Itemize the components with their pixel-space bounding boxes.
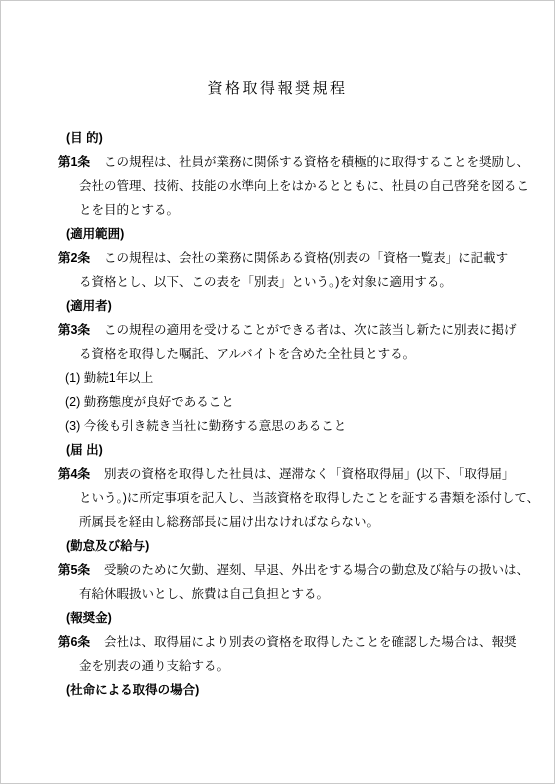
article-continuation-line: とを目的とする。	[79, 198, 526, 222]
section-heading: (勤怠及び給与)	[66, 534, 526, 558]
numbered-list-item: (3) 今後も引き続き当社に勤務する意思のあること	[65, 414, 526, 438]
document-page: 資格取得報奨規程 (目 的)第1条この規程は、社員が業務に関係する資格を積極的に…	[0, 0, 555, 784]
article-paragraph: 第1条この規程は、社員が業務に関係する資格を積極的に取得することを奨励し、会社の…	[58, 150, 526, 222]
article-continuation-line: 会社の管理、技術、技能の水準向上をはかるとともに、社員の自己啓発を図るこ	[79, 174, 526, 198]
article-first-line: 第6条会社は、取得届により別表の資格を取得したことを確認した場合は、報奨	[58, 630, 526, 654]
article-number: 第6条	[58, 635, 90, 649]
article-continuation-line: 有給休暇扱いとし、旅費は自己負担とする。	[79, 582, 526, 606]
article-continuation-line: る資格を取得した嘱託、アルバイトを含めた全社員とする。	[79, 342, 526, 366]
article-number: 第3条	[58, 323, 90, 337]
article-continuation-line: という。)に所定事項を記入し、当該資格を取得したことを証する書類を添付して、	[79, 486, 526, 510]
section-heading: (目 的)	[66, 126, 526, 150]
numbered-list-item: (2) 勤務態度が良好であること	[65, 390, 526, 414]
article-paragraph: 第4条別表の資格を取得した社員は、遅滞なく「資格取得届」(以下、「取得届」という…	[58, 462, 526, 534]
section-heading: (適用者)	[66, 294, 526, 318]
article-continuation-line: 所属長を経由し総務部長に届け出なければならない。	[79, 510, 526, 534]
article-first-line: 第4条別表の資格を取得した社員は、遅滞なく「資格取得届」(以下、「取得届」	[58, 462, 526, 486]
article-number: 第1条	[58, 155, 90, 169]
article-first-line: 第5条受験のために欠勤、遅刻、早退、外出をする場合の勤怠及び給与の扱いは、	[58, 558, 526, 582]
article-first-line: 第3条この規程の適用を受けることができる者は、次に該当し新たに別表に掲げ	[58, 318, 526, 342]
section-heading: (社命による取得の場合)	[66, 678, 526, 702]
numbered-list-item: (1) 勤続1年以上	[65, 366, 526, 390]
document-title: 資格取得報奨規程	[1, 79, 554, 99]
article-first-line: 第2条この規程は、会社の業務に関係ある資格(別表の「資格一覧表」に記載す	[58, 246, 526, 270]
section-heading: (届 出)	[66, 438, 526, 462]
section-heading: (報奨金)	[66, 606, 526, 630]
document-body: (目 的)第1条この規程は、社員が業務に関係する資格を積極的に取得することを奨励…	[1, 126, 554, 702]
article-continuation-line: る資格とし、以下、この表を「別表」という。)を対象に適用する。	[79, 270, 526, 294]
article-first-line: 第1条この規程は、社員が業務に関係する資格を積極的に取得することを奨励し、	[58, 150, 526, 174]
article-paragraph: 第5条受験のために欠勤、遅刻、早退、外出をする場合の勤怠及び給与の扱いは、有給休…	[58, 558, 526, 606]
article-paragraph: 第3条この規程の適用を受けることができる者は、次に該当し新たに別表に掲げる資格を…	[58, 318, 526, 366]
article-number: 第2条	[58, 251, 90, 265]
article-continuation-line: 金を別表の通り支給する。	[79, 654, 526, 678]
article-number: 第4条	[58, 467, 90, 481]
article-number: 第5条	[58, 563, 90, 577]
section-heading: (適用範囲)	[66, 222, 526, 246]
article-paragraph: 第6条会社は、取得届により別表の資格を取得したことを確認した場合は、報奨金を別表…	[58, 630, 526, 678]
article-paragraph: 第2条この規程は、会社の業務に関係ある資格(別表の「資格一覧表」に記載する資格と…	[58, 246, 526, 294]
